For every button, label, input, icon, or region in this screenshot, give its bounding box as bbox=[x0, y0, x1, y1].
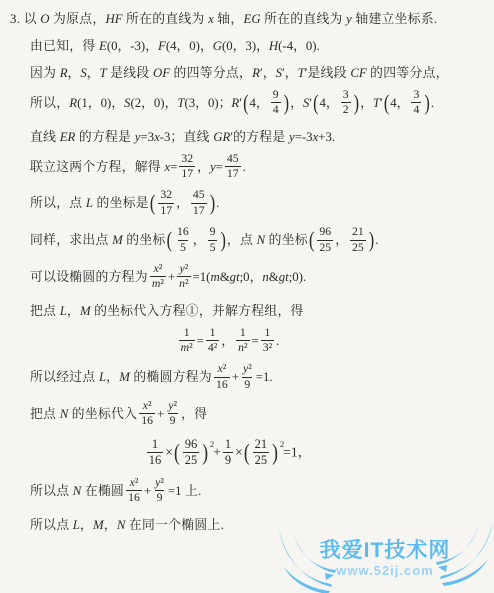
text-segment: ；直线 bbox=[170, 130, 213, 144]
fraction: y²9 bbox=[166, 400, 179, 428]
math-expression: CF bbox=[350, 66, 366, 80]
math-expression: ER bbox=[60, 130, 76, 144]
fraction: 94 bbox=[271, 89, 281, 117]
superscript: 2 bbox=[280, 439, 284, 449]
solution-line: 把点 L，M 的坐标代入方程①，并解方程组，得 bbox=[30, 301, 488, 321]
math-expression: M bbox=[93, 518, 104, 532]
text-segment: 的坐标 bbox=[265, 233, 308, 247]
text-segment: ，点 bbox=[227, 233, 257, 247]
text-segment: 的方程是 bbox=[75, 130, 134, 144]
math-expression: + bbox=[232, 370, 239, 384]
math-expression: y=3x-3 bbox=[135, 130, 171, 144]
text-segment: ， bbox=[106, 370, 119, 384]
solution-line: 3. 以 O 为原点，HF 所在的直线为 x 轴，EG 所在的直线为 y 轴建立… bbox=[10, 9, 488, 29]
text-segment: 为原点， bbox=[50, 12, 106, 26]
math-expression: =1 bbox=[168, 484, 182, 498]
big-parenthesis: ( bbox=[309, 227, 314, 254]
text-segment: 的坐标是 bbox=[93, 196, 149, 210]
text-segment: 把点 bbox=[30, 407, 60, 421]
math-expression: ，y= bbox=[197, 160, 223, 174]
text-segment: 所在的直线为 bbox=[261, 12, 347, 26]
text-segment: 3. 以 bbox=[10, 12, 40, 26]
watermark-url: www.52ij.com bbox=[320, 563, 451, 578]
math-expression: HF bbox=[105, 12, 122, 26]
math-expression: N bbox=[60, 407, 69, 421]
math-expression: 4， bbox=[250, 96, 269, 110]
fraction: 2125 bbox=[253, 438, 270, 467]
solution-line: 所以点 L，M，N 在同一个椭圆上. bbox=[30, 515, 488, 535]
solution-line: 因为 R，S，T 是线段 OF 的四等分点，R′，S′，T′是线段 CF 的四等… bbox=[30, 63, 488, 83]
fraction: 14² bbox=[206, 327, 219, 355]
big-parenthesis: ) bbox=[424, 89, 429, 116]
big-parenthesis: ( bbox=[243, 89, 248, 116]
fraction: y²n² bbox=[177, 263, 190, 291]
fraction: x²16 bbox=[139, 400, 155, 428]
scanned-math-document: 3. 以 O 为原点，HF 所在的直线为 x 轴，EG 所在的直线为 y 轴建立… bbox=[0, 0, 494, 593]
math-expression: M bbox=[119, 370, 130, 384]
text-segment: 在椭圆 bbox=[81, 484, 124, 498]
watermark-text: 我爱IT技术网 www.52ij.com bbox=[320, 534, 451, 578]
fraction: 4517 bbox=[191, 189, 207, 217]
math-expression: R(1，0)，S(2，0)，T(3，0)；R′ bbox=[69, 96, 242, 110]
text-segment: 是线段 bbox=[308, 66, 351, 80]
fraction: 165 bbox=[175, 226, 191, 254]
big-parenthesis: ( bbox=[174, 439, 180, 466]
solution-line: 所以点 N 在椭圆x²16+y²9=1 上. bbox=[30, 478, 488, 506]
text-segment: 的椭圆方程为 bbox=[130, 370, 212, 384]
text-segment: 在同一个椭圆上. bbox=[125, 518, 224, 532]
text-segment: ，得 bbox=[181, 407, 207, 421]
big-parenthesis: ) bbox=[284, 89, 289, 116]
solution-line: 同样，求出点 M 的坐标(165，95)，点 N 的坐标(9625，2125). bbox=[30, 227, 488, 255]
math-expression: + bbox=[157, 407, 164, 421]
math-expression: ， bbox=[335, 233, 348, 247]
math-expression: × bbox=[165, 444, 173, 459]
text-segment: 直线 bbox=[30, 130, 60, 144]
fraction: 95 bbox=[208, 226, 218, 254]
math-expression: y=-3x+3. bbox=[289, 130, 335, 144]
big-parenthesis: ( bbox=[313, 89, 318, 116]
math-expression: L bbox=[60, 304, 67, 318]
math-expression: + bbox=[213, 444, 221, 459]
fraction: 19 bbox=[223, 438, 233, 467]
big-parenthesis: ) bbox=[272, 439, 278, 466]
text-segment: ， bbox=[104, 518, 117, 532]
math-expression: =1， bbox=[283, 444, 311, 459]
math-expression: ， bbox=[221, 333, 234, 347]
math-expression: L bbox=[73, 518, 80, 532]
fraction: 1m² bbox=[179, 327, 195, 355]
fraction: 4517 bbox=[225, 153, 241, 181]
math-expression: . bbox=[216, 196, 219, 210]
math-expression: = bbox=[252, 333, 259, 347]
solution-line: 所以，点 L 的坐标是(3217，4517). bbox=[30, 190, 488, 218]
big-parenthesis: ) bbox=[220, 227, 225, 254]
text-segment: 的坐标代入方程①，并解方程组，得 bbox=[91, 304, 304, 318]
math-expression: 4， bbox=[320, 96, 339, 110]
big-parenthesis: ( bbox=[167, 227, 172, 254]
fraction: x²16 bbox=[214, 363, 230, 391]
text-segment: 所在的直线为 bbox=[123, 12, 209, 26]
math-expression: ， bbox=[176, 196, 189, 210]
text-segment: 上. bbox=[182, 484, 202, 498]
fraction: y²9 bbox=[153, 477, 166, 505]
big-parenthesis: ( bbox=[150, 190, 155, 217]
solution-line: 所以，R(1，0)，S(2，0)，T(3，0)；R′(4，94)，S′(4，32… bbox=[30, 90, 488, 118]
text-segment: 轴建立坐标系. bbox=[352, 12, 438, 26]
text-segment: 的坐标代入 bbox=[68, 407, 137, 421]
math-expression: OF bbox=[153, 66, 170, 80]
text-segment: 同样，求出点 bbox=[30, 233, 112, 247]
math-expression: R，S，T bbox=[60, 66, 107, 80]
text-segment: 的坐标 bbox=[123, 233, 166, 247]
fraction: 3217 bbox=[158, 189, 174, 217]
text-segment: ， bbox=[80, 518, 93, 532]
big-parenthesis: ) bbox=[354, 89, 359, 116]
text-segment: 的四等分点， bbox=[367, 66, 449, 80]
math-expression: . bbox=[375, 233, 378, 247]
big-parenthesis: ( bbox=[384, 89, 389, 116]
math-expression: O bbox=[40, 12, 49, 26]
fraction: 32 bbox=[341, 89, 351, 117]
text-segment: ， bbox=[67, 304, 80, 318]
solution-line: 联立这两个方程，解得 x=3217，y=4517. bbox=[30, 154, 488, 182]
big-parenthesis: ) bbox=[369, 227, 374, 254]
fraction: 9625 bbox=[317, 226, 333, 254]
fraction: 1n² bbox=[236, 327, 249, 355]
math-expression: . bbox=[431, 96, 434, 110]
big-parenthesis: ) bbox=[210, 190, 215, 217]
solution-line: 116×(9625)2+19×(2125)2=1， bbox=[8, 438, 448, 468]
math-expression: ， bbox=[193, 233, 206, 247]
math-expression: ，T′ bbox=[360, 96, 383, 110]
fraction: 3217 bbox=[179, 153, 195, 181]
fraction: x²m² bbox=[150, 263, 166, 291]
fraction: 116 bbox=[147, 438, 164, 467]
text-segment: 因为 bbox=[30, 66, 60, 80]
solution-line: 直线 ER 的方程是 y=3x-3；直线 GR′的方程是 y=-3x+3. bbox=[30, 127, 488, 147]
math-expression: GR′ bbox=[213, 130, 233, 144]
solution-line: 把点 N 的坐标代入x²16+y²9，得 bbox=[30, 401, 488, 429]
math-expression: E(0，-3)，F(4，0)，G(0，3)，H(-4，0). bbox=[99, 39, 320, 53]
text-segment: 可以设椭圆的方程为 bbox=[30, 270, 148, 284]
math-expression: R′，S′，T′ bbox=[252, 66, 307, 80]
watermark-title: 我爱IT技术网 bbox=[320, 534, 451, 564]
superscript: 2 bbox=[210, 439, 214, 449]
text-segment: 所以经过点 bbox=[30, 370, 99, 384]
solution-line: 所以经过点 L，M 的椭圆方程为x²16+y²9=1. bbox=[30, 364, 488, 392]
math-expression: =1(m&gt;0，n&gt;0). bbox=[193, 270, 307, 284]
text-segment: 把点 bbox=[30, 304, 60, 318]
math-expression: 4， bbox=[390, 96, 409, 110]
fraction: 13² bbox=[261, 327, 274, 355]
math-expression: . bbox=[243, 160, 246, 174]
text-segment: 所以， bbox=[30, 96, 69, 110]
solution-text: 3. 以 O 为原点，HF 所在的直线为 x 轴，EG 所在的直线为 y 轴建立… bbox=[0, 0, 494, 535]
fraction: 2125 bbox=[350, 226, 366, 254]
math-expression: + bbox=[144, 484, 151, 498]
text-segment: 的方程是 bbox=[233, 130, 289, 144]
math-expression: =1. bbox=[256, 370, 273, 384]
text-segment: 的四等分点， bbox=[170, 66, 252, 80]
big-parenthesis: ) bbox=[202, 439, 208, 466]
math-expression: L bbox=[86, 196, 93, 210]
math-expression: × bbox=[235, 444, 243, 459]
text-segment: 轴， bbox=[214, 12, 244, 26]
fraction: y²9 bbox=[241, 363, 254, 391]
math-expression: = bbox=[197, 333, 204, 347]
fraction: 9625 bbox=[183, 438, 200, 467]
math-expression: EG bbox=[244, 12, 261, 26]
fraction: 34 bbox=[411, 89, 421, 117]
math-expression: M bbox=[112, 233, 123, 247]
solution-line: 1m²=14²，1n²=13². bbox=[8, 328, 448, 356]
math-expression: N bbox=[257, 233, 266, 247]
text-segment: 联立这两个方程，解得 bbox=[30, 160, 164, 174]
math-expression: + bbox=[168, 270, 175, 284]
math-expression: . bbox=[276, 333, 279, 347]
text-segment: 所以点 bbox=[30, 518, 73, 532]
math-expression: M bbox=[80, 304, 91, 318]
big-parenthesis: ( bbox=[244, 439, 250, 466]
math-expression: x= bbox=[164, 160, 177, 174]
text-segment: 所以，点 bbox=[30, 196, 86, 210]
text-segment: 由已知，得 bbox=[30, 39, 99, 53]
text-segment: 是线段 bbox=[107, 66, 153, 80]
solution-line: 可以设椭圆的方程为x²m²+y²n²=1(m&gt;0，n&gt;0). bbox=[30, 264, 488, 292]
math-expression: ，S′ bbox=[290, 96, 312, 110]
text-segment: 所以点 bbox=[30, 484, 73, 498]
fraction: x²16 bbox=[126, 477, 142, 505]
solution-line: 由已知，得 E(0，-3)，F(4，0)，G(0，3)，H(-4，0). bbox=[30, 36, 488, 56]
